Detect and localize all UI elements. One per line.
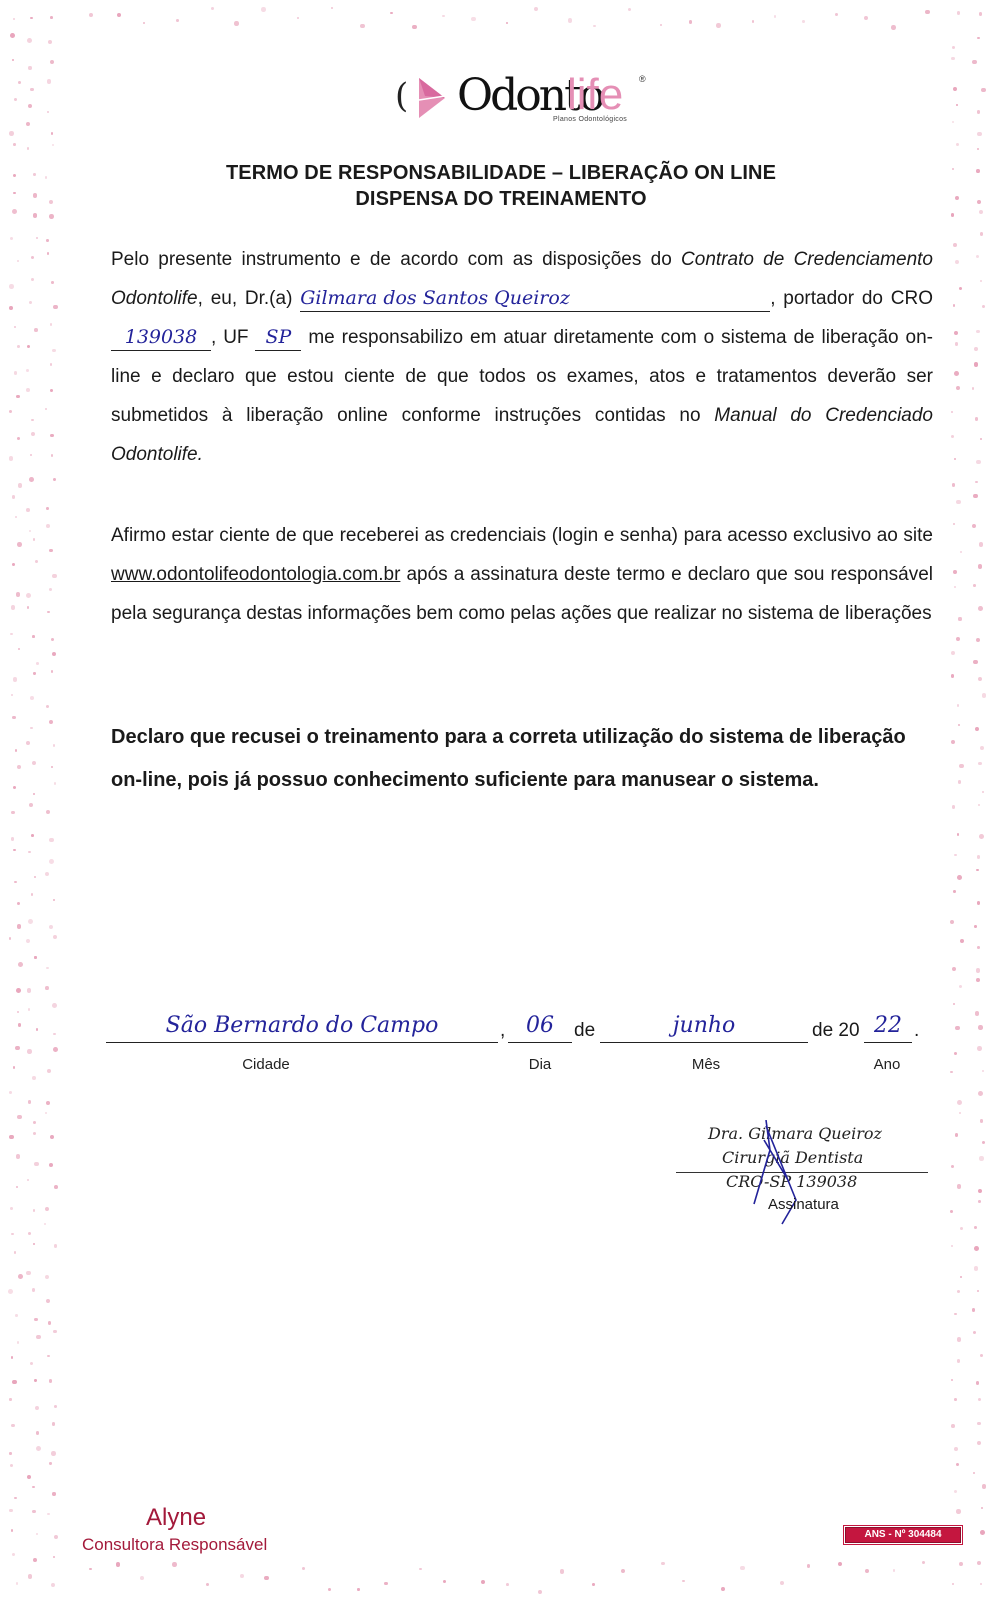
ans-registration-badge: ANS - Nº 304484 [845,1527,961,1543]
day-field[interactable]: 06 [508,1012,572,1043]
consultant-role: Consultora Responsável [82,1535,267,1555]
uf-field[interactable]: SP [255,324,301,351]
pink-triangle-logo-icon [417,76,447,120]
paragraph-credentials: Afirmo estar ciente de que receberei as … [111,516,933,633]
logo-registered-mark: ® [639,74,646,84]
day-label: Dia [510,1056,570,1073]
signature-block: Dra. Gilmara Queiroz Cirurgiã Dentista C… [676,1120,928,1240]
website-link[interactable]: www.odontolifeodontologia.com.br [111,564,400,585]
signature-label: Assinatura [768,1196,839,1213]
city-label: Cidade [216,1056,316,1073]
logo-bracket: ( [395,76,408,116]
document-subtitle: DISPENSA DO TREINAMENTO [0,188,1002,211]
cro-number-field[interactable]: 139038 [111,324,211,351]
logo-tagline: Planos Odontológicos [553,116,627,123]
document-title: TERMO DE RESPONSABILIDADE – LIBERAÇÃO ON… [0,162,1002,185]
year-label: Ano [862,1056,912,1073]
month-field[interactable]: junho [600,1012,808,1043]
odontolife-logo: ( Odonto life ® Planos Odontológicos [395,66,655,136]
paragraph-training-refusal: Declaro que recusei o treinamento para a… [111,716,933,802]
dentist-name-field[interactable]: Gilmara dos Santos Queiroz [300,285,770,312]
logo-brand-light: life [567,70,623,120]
consultant-name: Alyne [146,1504,206,1532]
paragraph-responsibility: Pelo presente instrumento e de acordo co… [111,240,933,474]
date-place-line: São Bernardo do Campo , 06 de junho de 2… [106,1012,936,1056]
handwritten-signature-icon [736,1120,816,1230]
month-label: Mês [676,1056,736,1073]
year-field[interactable]: 22 [864,1012,912,1043]
city-field[interactable]: São Bernardo do Campo [106,1012,498,1043]
